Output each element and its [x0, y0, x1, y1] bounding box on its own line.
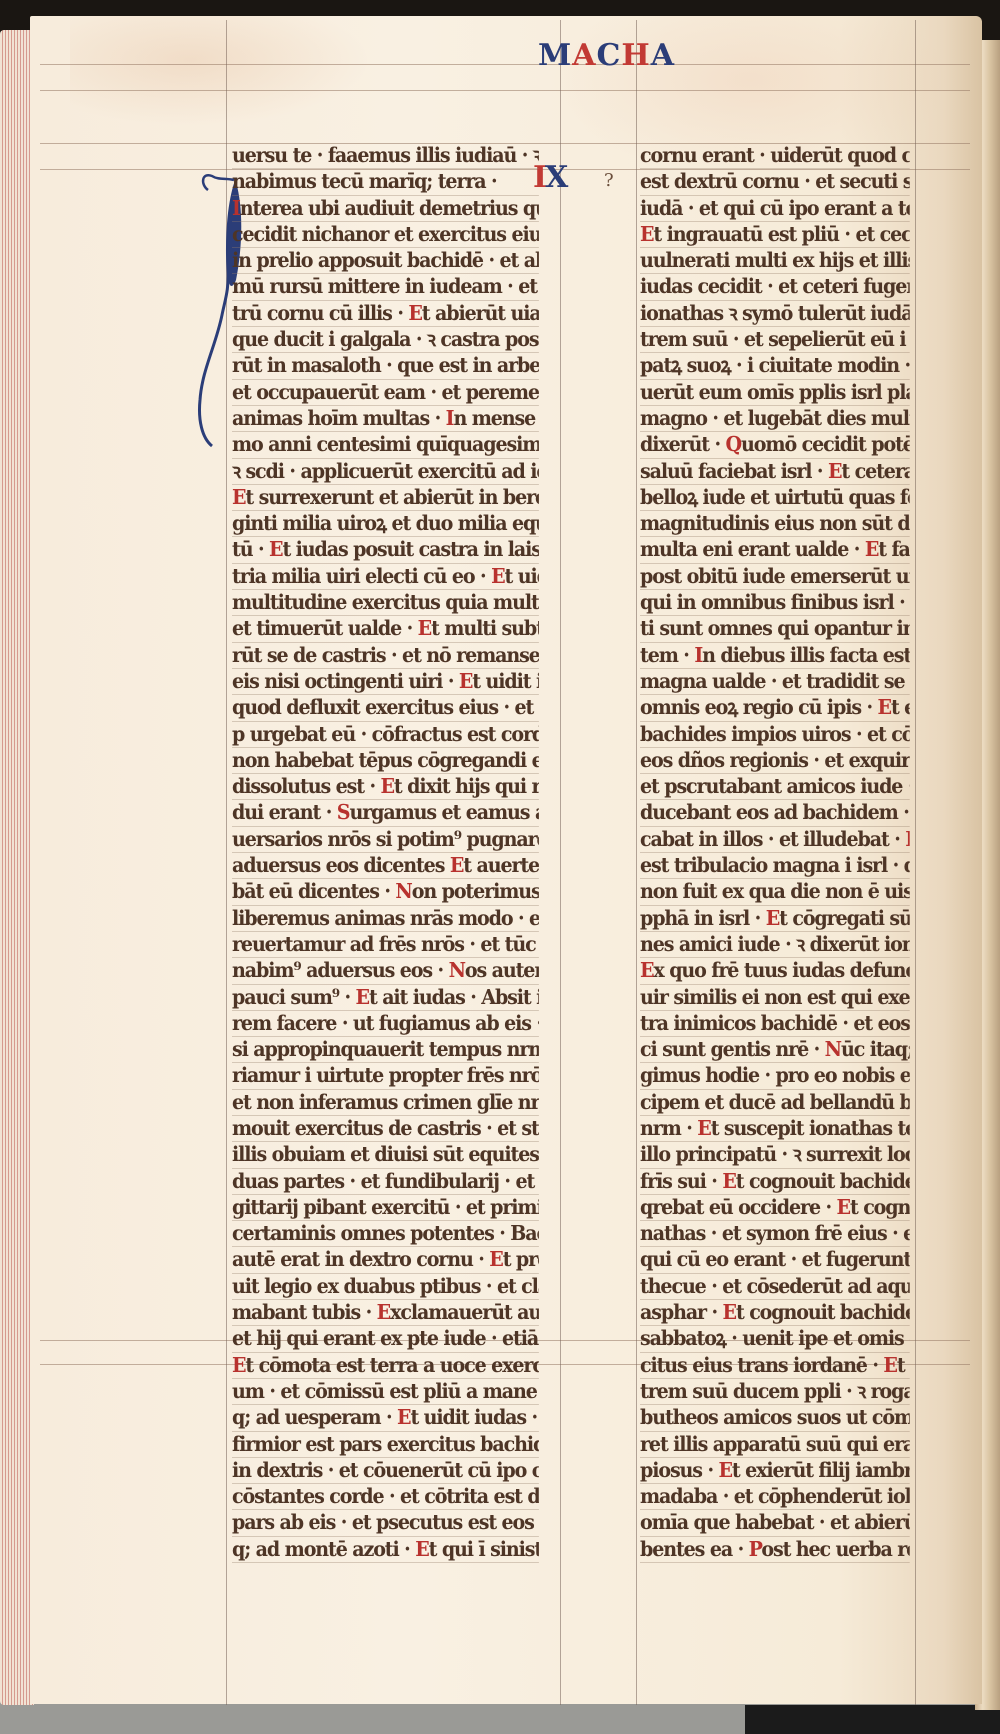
running-title-letter: H [621, 38, 650, 73]
text-line: thecue · et cōsederūt ad aquā lacus [640, 1274, 910, 1300]
rubric-letter: E [377, 1300, 390, 1324]
text-line: ginti milia uiroꝝ et duo milia equi [232, 511, 539, 537]
text-line: butheos amicos suos ut cōmoda [640, 1405, 910, 1431]
text-line: certaminis omnes potentes · Bachides [232, 1221, 539, 1247]
rubric-letter: E [491, 564, 504, 588]
running-title-letter: A [651, 38, 675, 73]
marginal-mark: ? [604, 170, 614, 191]
text-line: ci sunt gentis nrē · Nūc itaq; te ele [640, 1037, 910, 1063]
text-line: si appropinquauerit tempus nrm · mo [232, 1037, 539, 1063]
text-line: rem facere · ut fugiamus ab eis · Et [232, 1011, 539, 1037]
text-line: qrebat eū occidere · Et cognouit io [640, 1195, 910, 1221]
text-line: q; ad montē azoti · Et qui ī sinistro [232, 1537, 539, 1563]
rubric-letter: E [415, 1537, 428, 1561]
text-line: omnis eoꝝ regio cū ipis · Et elegit [640, 695, 910, 721]
text-line: mouit exercitus de castris · et steterūt [232, 1116, 539, 1142]
text-line: cornu erant · uiderūt quod cōtritū [640, 143, 910, 169]
rubric-letter: E [232, 1353, 245, 1377]
text-line: q; ad uesperam · Et uidit iudas · quia [232, 1405, 539, 1431]
running-title: MACHA [538, 38, 675, 74]
rubric-letter: E [697, 1116, 710, 1140]
text-line: Ex quo frē tuus iudas defunctus est · [640, 958, 910, 984]
running-title-letter: M [538, 38, 572, 73]
text-line: Et ingrauatū est pliū · et ceciderūt [640, 222, 910, 248]
text-line: mabant tubis · Exclamauerūt autē [232, 1300, 539, 1326]
text-line: Et cōmota est terra a uoce exercitu [232, 1353, 539, 1379]
text-line: et occupauerūt eam · et peremerūt . [232, 380, 539, 406]
rubric-letter: E [837, 1195, 850, 1219]
text-column-right: cornu erant · uiderūt quod cōtritūest de… [640, 143, 930, 1563]
text-line: et pscrutabant amicos iude · et ad [640, 774, 910, 800]
text-line: et hij qui erant ex pte iude · etiā ipi … [232, 1326, 539, 1352]
text-line: tria milia uiri electi cū eo · Et uiderū… [232, 564, 539, 590]
text-line: gittarij pibant exercitū · et primi [232, 1195, 539, 1221]
text-line: autē erat in dextro cornu · Et proxima [232, 1247, 539, 1273]
rubric-letter: I [694, 643, 702, 667]
text-line: trū cornu cū illis · Et abierūt uiam [232, 301, 539, 327]
text-line: animas hoīm multas · In mense p [232, 406, 539, 432]
text-line: asphar · Et cognouit bachides ꝛ die [640, 1300, 910, 1326]
text-line: in prelio apposuit bachidē · et alchi [232, 248, 539, 274]
stacked-page-edges [0, 30, 34, 1705]
text-line: gimus hodie · pro eo nobis et prin [640, 1063, 910, 1089]
text-line: est dextrū cornu · et secuti sūt post [640, 169, 910, 195]
text-line: uit legio ex duabus ptibus · et cla [232, 1274, 539, 1300]
text-line: p urgebat eū · cōfractus est corde · q; [232, 722, 539, 748]
text-line: cōstantes corde · et cōtrita est dextera [232, 1484, 539, 1510]
rubric-letter: E [723, 1300, 736, 1324]
parchment-stain [70, 16, 370, 126]
text-line: non fuit ex qua die non ē uisus [640, 879, 910, 905]
rubric-letter: I [446, 406, 454, 430]
rubric-letter: E [397, 1405, 410, 1429]
text-line: iudas cecidit · et ceteri fugerūt · Et [640, 274, 910, 300]
text-line: bachides impios uiros · et cōstitu [640, 722, 910, 748]
background-shadow [745, 1705, 1000, 1734]
text-line: post obitū iude emerserūt uiri in [640, 564, 910, 590]
text-line: omīa que habebat · et abierūt ha [640, 1510, 910, 1536]
text-line: uulnerati multi ex hijs et illis · et [640, 248, 910, 274]
text-line: belloꝝ iude et uirtutū quas fecit et [640, 485, 910, 511]
text-line: duas partes · et fundibularij · et sa [232, 1169, 539, 1195]
text-line: ti sunt omnes qui opantur iniqui [640, 616, 910, 642]
text-line: illo principatū · ꝛ surrexit loco iude [640, 1142, 910, 1168]
text-line: uersarios nrōs si potim⁹ pugnare [232, 827, 539, 853]
text-line: piosus · Et exierūt filij iambri ex [640, 1458, 910, 1484]
text-line: et non inferamus crimen glīe nrē · Et [232, 1090, 539, 1116]
ruling-column-bound [636, 20, 637, 1705]
rubric-letter: E [878, 695, 891, 719]
text-line: Interea ubi audiuit demetrius quia [232, 196, 539, 222]
rubric-letter: E [828, 459, 841, 483]
text-line: non habebat tēpus cōgregandi eos · et [232, 748, 539, 774]
text-line: pauci sum⁹ · Et ait iudas · Absit istā [232, 985, 539, 1011]
ruling-line-top [40, 64, 970, 65]
text-line: citus eius trans iordanē · Et misit fra [640, 1353, 910, 1379]
text-line: dui erant · Surgamus et eamus ad [232, 800, 539, 826]
rubric-letter: P [749, 1537, 762, 1561]
text-line: frīs sui · Et cognouit bachides · et [640, 1169, 910, 1195]
text-line: ꝛ scdi · applicuerūt exercitū ad ierlm · [232, 459, 539, 485]
text-line: nathas · et symon frē eius · et omēs [640, 1221, 910, 1247]
running-title-letter: C [597, 38, 622, 73]
text-line: ionathas ꝛ symō tulerūt iudā fra [640, 301, 910, 327]
text-line: trem suū · et sepelierūt eū i sepulcro [640, 327, 910, 353]
text-line: eis nisi octingenti uiri · Et uidit iuda… [232, 669, 539, 695]
text-line: est tribulacio magna i isrl · qualis [640, 853, 910, 879]
text-column-left: uersu te · faaemus illis iudiaū · ꝛ pugn… [232, 143, 562, 1563]
text-line: rūt in masaloth · que est in arbellis · [232, 353, 539, 379]
rubric-letter: E [640, 958, 653, 982]
text-line: quod defluxit exercitus eius · et bellū [232, 695, 539, 721]
text-line: et timuerūt ualde · Et multi subtraxe [232, 616, 539, 642]
text-line: cecidit nichanor et exercitus eius [232, 222, 539, 248]
text-line: in dextris · et cōuenerūt cū ipo omēs [232, 1458, 539, 1484]
text-line: pars ab eis · et psecutus est eos us [232, 1510, 539, 1536]
text-line: aduersus eos dicentes Et auerte [232, 853, 539, 879]
text-line: que ducit i galgala · ꝛ castra posue [232, 327, 539, 353]
rubric-letter: E [459, 669, 472, 693]
text-line: liberemus animas nrās modo · et [232, 906, 539, 932]
text-line: ret illis apparatū suū qui erat co [640, 1432, 910, 1458]
text-line: sabbatoꝝ · uenit ipe et omis exer [640, 1326, 910, 1352]
text-line: eos dños regionis · et exquirebāt [640, 748, 910, 774]
rubric-letter: E [905, 827, 909, 851]
text-line: tū · Et iudas posuit castra in laisa ꝛ [232, 537, 539, 563]
text-line: rūt se de castris · et nō remanserūt ex [232, 643, 539, 669]
text-line: nabim⁹ aduersus eos · Nos autem [232, 958, 539, 984]
text-line: cipem et ducē ad bellandū bellum [640, 1090, 910, 1116]
rubric-letter: E [408, 301, 421, 325]
text-line: iudā · et qui cū ipo erant a tergo · [640, 196, 910, 222]
text-line: multitudine exercitus quia multi sunt [232, 590, 539, 616]
text-line: magna ualde · et tradidit se bachidi [640, 669, 910, 695]
text-line: nabimus tecū marīq; terra · [232, 169, 539, 195]
text-line: qui cū eo erant · et fugerunt i deser [640, 1247, 910, 1273]
rubric-letter: E [640, 222, 653, 246]
rubric-letter: E [381, 774, 394, 798]
text-line: uir similis ei non est qui exeat cō [640, 985, 910, 1011]
text-line: riamur i uirtute propter frēs nrōs · [232, 1063, 539, 1089]
rubric-letter: I [232, 196, 240, 220]
rubric-letter: N [395, 879, 411, 903]
running-title-letter: A [572, 38, 596, 73]
rubric-letter: E [356, 985, 369, 1009]
rubric-letter: E [418, 616, 431, 640]
text-line: um · et cōmissū est pliū a mane us [232, 1379, 539, 1405]
text-line: illis obuiam et diuisi sūt equites i [232, 1142, 539, 1168]
text-line: uersu te · faaemus illis iudiaū · ꝛ pug [232, 143, 539, 169]
text-line: firmior est pars exercitus bachidis · [232, 1432, 539, 1458]
text-line: qui in omnibus finibus isrl · et exor [640, 590, 910, 616]
text-line: tem · In diebus illis facta est fames [640, 643, 910, 669]
rubric-letter: N [449, 958, 465, 982]
rubric-letter: Q [726, 432, 742, 456]
text-line: nes amici iude · ꝛ dixerūt ionathe · [640, 932, 910, 958]
text-line: cabat in illos · et illudebat · Et facta [640, 827, 910, 853]
rubric-letter: E [865, 537, 878, 561]
rubric-letter: E [269, 537, 282, 561]
text-line: multa eni erant ualde · Et factū est [640, 537, 910, 563]
rubric-letter: N [825, 1037, 841, 1061]
text-line: saluū faciebat isrl · Et cetera uerba [640, 459, 910, 485]
text-line: ducebant eos ad bachidem · et uindi [640, 800, 910, 826]
text-line: bentes ea · Post hec uerba retulisa [640, 1537, 910, 1563]
rubric-letter: E [766, 906, 779, 930]
text-line: Et surrexerunt et abierūt in berea · ui [232, 485, 539, 511]
text-line: mo anni centesimi quīquagesimi [232, 432, 539, 458]
rubric-letter: E [718, 1458, 731, 1482]
text-line: madaba · et cōphenderūt iohem et [640, 1484, 910, 1510]
rubric-letter: E [232, 485, 245, 509]
text-line: tra inimicos bachidē · et eos qui ini [640, 1011, 910, 1037]
text-line: magnitudinis eius non sūt descripta · [640, 511, 910, 537]
text-line: patꝝ suoꝝ · i ciuitate modin · et fle [640, 353, 910, 379]
text-line: magno · et lugebāt dies multos ꝛ [640, 406, 910, 432]
text-line: mū rursū mittere in iudeam · et dex [232, 274, 539, 300]
text-line: bāt eū dicentes · Non poterimus · sed [232, 879, 539, 905]
text-line: trem suū ducem ppli · ꝛ rogauit na [640, 1379, 910, 1405]
rubric-letter: E [883, 1353, 896, 1377]
rubric-letter: E [489, 1247, 502, 1271]
rubric-letter: S [337, 800, 350, 824]
rubric-letter: E [722, 1169, 735, 1193]
text-line: pphā in isrl · Et cōgregati sūt om [640, 906, 910, 932]
text-line: dixerūt · Quomō cecidit potēs qui [640, 432, 910, 458]
text-line: nrm · Et suscepit ionathas tempe [640, 1116, 910, 1142]
ruling-line-top [40, 90, 970, 91]
text-line: reuertamur ad frēs nrōs · et tūc pug [232, 932, 539, 958]
text-line: uerūt eum omīs pplis isrl planctu [640, 380, 910, 406]
text-line: dissolutus est · Et dixit hijs qui resi [232, 774, 539, 800]
rubric-letter: E [450, 853, 463, 877]
